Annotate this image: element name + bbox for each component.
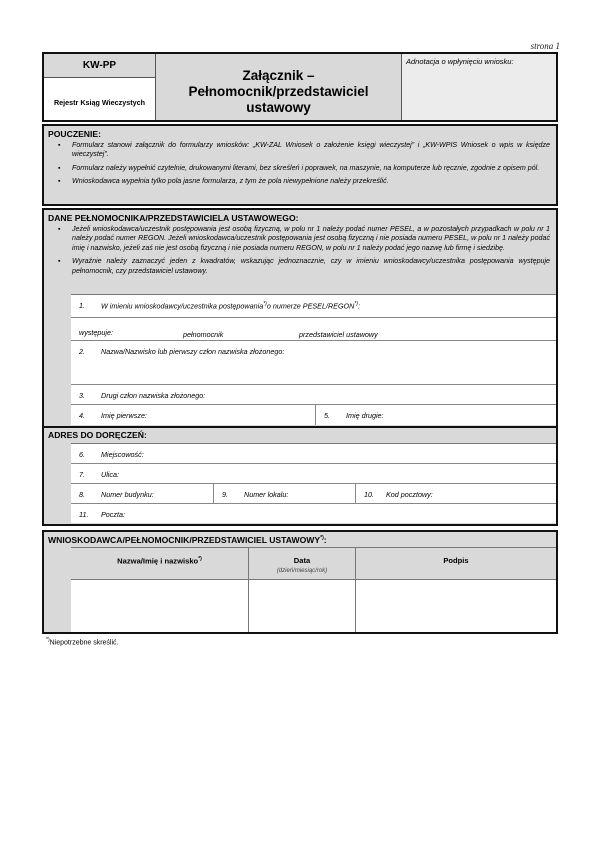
address-fields: 6. Miejscowość: 7. Ulica: 8. Numer budyn…: [71, 443, 556, 523]
building-number-field[interactable]: 8. Numer budynku:: [71, 484, 214, 503]
signature-section: WNIOSKODAWCA/PEŁNOMOCNIK/PRZEDSTAWICIEL …: [42, 530, 558, 634]
second-surname-field[interactable]: 3. Drugi człon nazwiska złożonego:: [71, 385, 556, 404]
first-name-field[interactable]: 4. Imię pierwsze:: [71, 405, 316, 425]
field-row-3: 3. Drugi człon nazwiska złożonego:: [71, 385, 556, 405]
representative-fields: 1. W imieniu wnioskodawcy/uczestnika pos…: [71, 294, 556, 425]
field-row-acts-as: występuje: pełnomocnik przedstawiciel us…: [71, 318, 556, 341]
surname-field[interactable]: 2. Nazwa/Nazwisko lub pierwszy człon naz…: [71, 341, 556, 384]
field-row-2: 2. Nazwa/Nazwisko lub pierwszy człon naz…: [71, 341, 556, 385]
instruction-item: Wyraźnie należy zaznaczyć jeden z kwadra…: [48, 257, 550, 276]
instruction-item: Formularz należy wypełnić czytelnie, dru…: [48, 164, 550, 173]
form-title: Załącznik – Pełnomocnik/przedstawiciel u…: [156, 54, 402, 120]
acts-as-label: występuje:: [79, 328, 175, 337]
applicant-id-field[interactable]: 1. W imieniu wnioskodawcy/uczestnika pos…: [71, 295, 556, 317]
page-number: strona 1: [500, 41, 560, 51]
option-legal-representative-checkbox[interactable]: przedstawiciel ustawowy: [299, 328, 419, 339]
option-attorney-checkbox[interactable]: pełnomocnik: [183, 328, 289, 339]
field-row-4-5: 4. Imię pierwsze: 5. Imię drugie:: [71, 405, 556, 425]
representative-instructions: Jeżeli wnioskodawca/uczestnik postępowan…: [44, 225, 556, 276]
city-field[interactable]: 6. Miejscowość:: [71, 444, 556, 463]
form-code-block: KW-PP Rejestr Ksiąg Wieczystych: [44, 54, 156, 120]
postal-code-field[interactable]: 10. Kod pocztowy:: [356, 484, 556, 503]
form-code: KW-PP: [44, 54, 155, 78]
acts-as-group: występuje: pełnomocnik przedstawiciel us…: [71, 323, 556, 340]
receipt-annotation-field[interactable]: Adnotacja o wpłynięciu wniosku:: [402, 54, 556, 120]
instructions-list: Formularz stanowi załącznik do formularz…: [44, 141, 556, 187]
signature-title: WNIOSKODAWCA/PEŁNOMOCNIK/PRZEDSTAWICIEL …: [44, 532, 556, 547]
representative-data-section: DANE PEŁNOMOCNIKA/PRZEDSTAWICIELA USTAWO…: [42, 208, 558, 428]
signature-table: Nazwa/Imię i nazwisko*) Data(dzień/miesi…: [71, 547, 556, 632]
field-row-1: 1. W imieniu wnioskodawcy/uczestnika pos…: [71, 295, 556, 318]
delivery-address-title: ADRES DO DORĘCZEŃ:: [44, 428, 556, 443]
signature-date-field[interactable]: [249, 580, 356, 632]
registry-name: Rejestr Ksiąg Wieczystych: [44, 78, 155, 120]
instructions-section: POUCZENIE: Formularz stanowi załącznik d…: [42, 124, 558, 206]
instructions-title: POUCZENIE:: [44, 126, 556, 141]
instruction-item: Formularz stanowi załącznik do formularz…: [48, 141, 550, 160]
post-office-field[interactable]: 11. Poczta:: [71, 504, 556, 523]
representative-data-title: DANE PEŁNOMOCNIKA/PRZEDSTAWICIELA USTAWO…: [44, 210, 556, 225]
apartment-number-field[interactable]: 9. Numer lokalu:: [214, 484, 356, 503]
instruction-item: Wnioskodawca wypełnia tylko pola jasne f…: [48, 177, 550, 186]
column-header-signature: Podpis: [356, 548, 556, 580]
column-header-date: Data(dzień/miesiąc/rok): [249, 548, 356, 580]
footnote: *)Niepotrzebne skreślić.: [46, 637, 119, 646]
signer-name-field[interactable]: [71, 580, 249, 632]
column-header-name: Nazwa/Imię i nazwisko*): [71, 548, 249, 580]
street-field[interactable]: 7. Ulica:: [71, 464, 556, 483]
delivery-address-section: ADRES DO DORĘCZEŃ: 6. Miejscowość: 7. Ul…: [42, 426, 558, 526]
second-name-field[interactable]: 5. Imię drugie:: [316, 405, 556, 425]
signature-field[interactable]: [356, 580, 556, 632]
instruction-item: Jeżeli wnioskodawca/uczestnik postępowan…: [48, 225, 550, 253]
form-header: KW-PP Rejestr Ksiąg Wieczystych Załączni…: [42, 52, 558, 122]
receipt-annotation-label: Adnotacja o wpłynięciu wniosku:: [406, 57, 514, 66]
